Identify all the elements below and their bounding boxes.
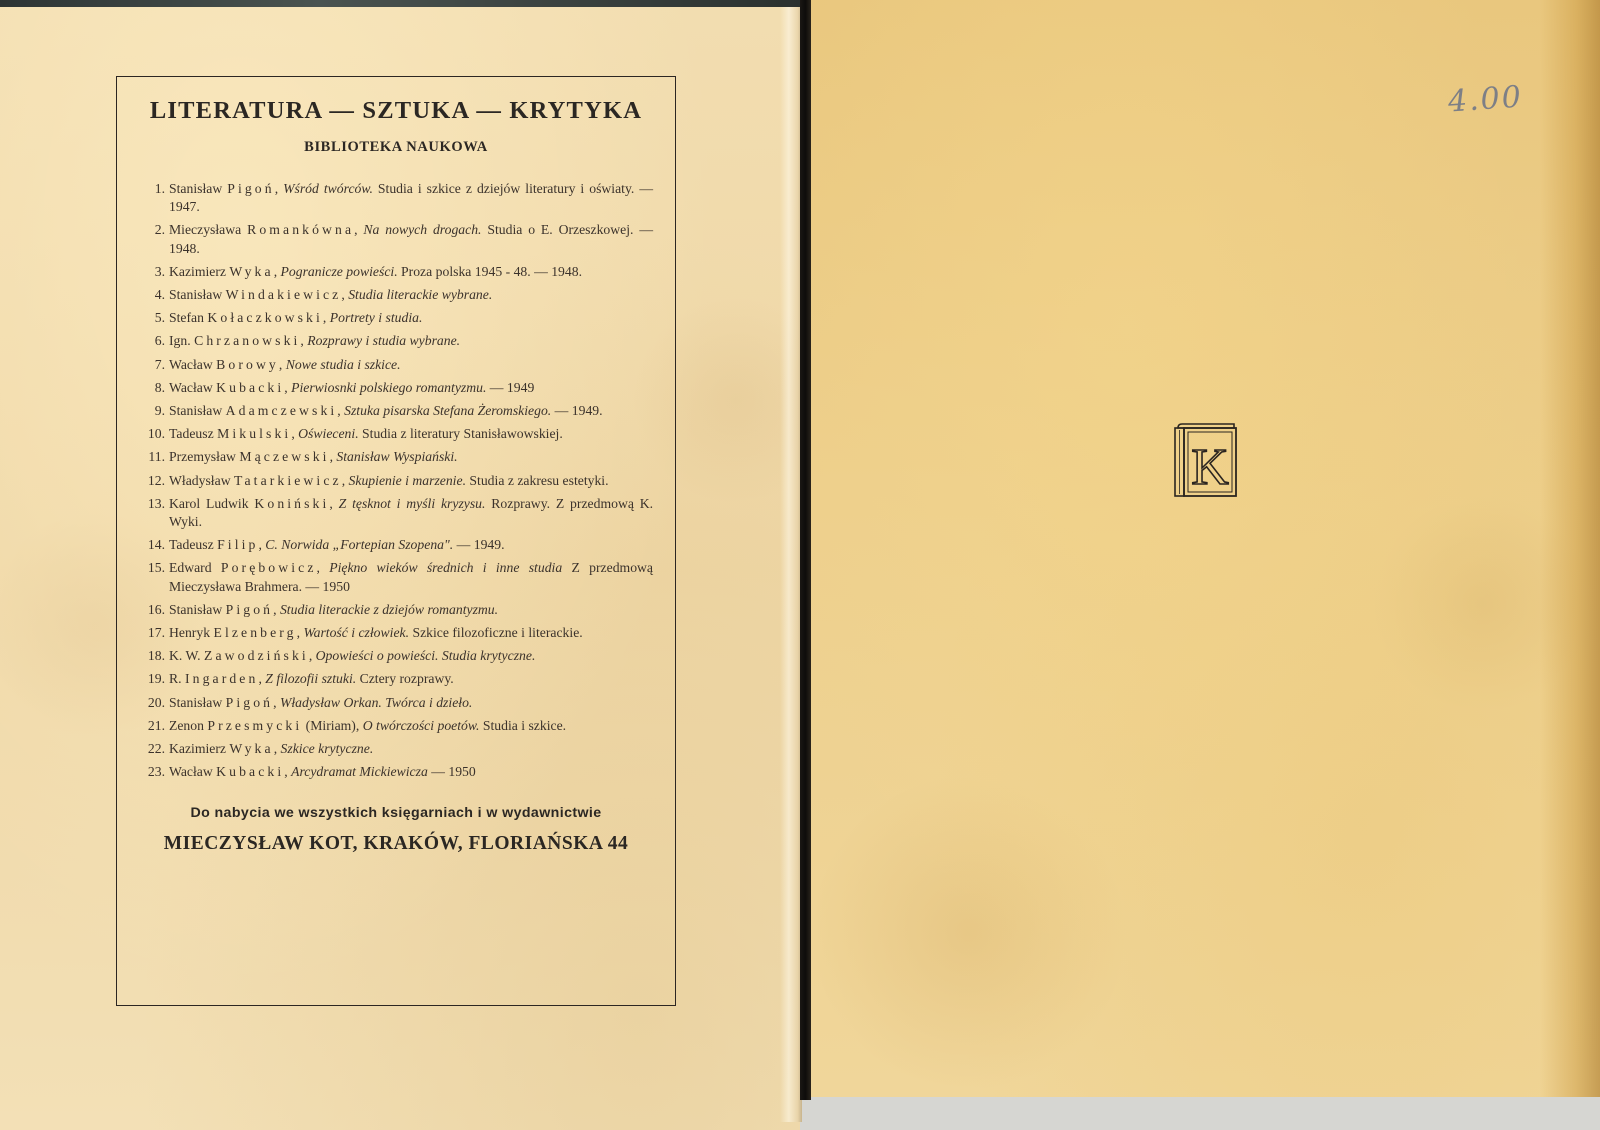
author-first-name: Stanisław	[169, 403, 222, 418]
book-details: Studia z zakresu estetyki.	[469, 473, 608, 488]
book-list-item: 12.Władysław Tatarkiewicz, Skupienie i m…	[143, 472, 653, 490]
book-list-item: 9.Stanisław Adamczewski, Sztuka pisarska…	[143, 402, 653, 420]
book-list-item: 4.Stanisław Windakiewicz, Studia literac…	[143, 286, 653, 304]
book-list-item: 10.Tadeusz Mikulski, Oświeceni. Studia z…	[143, 425, 653, 443]
author-first-name: Tadeusz	[169, 537, 214, 552]
author-first-name: Zenon	[169, 718, 204, 733]
author-first-name: Stanisław	[169, 602, 222, 617]
book-details: Studia i szkice.	[483, 718, 566, 733]
book-entry: Kazimierz Wyka, Pogranicze powieści. Pro…	[169, 263, 653, 281]
book-entry: Ign. Chrzanowski, Rozprawy i studia wybr…	[169, 332, 653, 350]
svg-text:K: K	[1191, 439, 1229, 496]
book-number: 11.	[143, 448, 169, 466]
book-title: Wartość i człowiek.	[303, 625, 409, 640]
author-first-name: Stanisław	[169, 287, 222, 302]
book-title: Z filozofii sztuki.	[265, 671, 356, 686]
book-details: — 1950	[431, 764, 475, 779]
book-entry: Stanisław Adamczewski, Sztuka pisarska S…	[169, 402, 653, 420]
book-list-item: 7.Wacław Borowy, Nowe studia i szkice.	[143, 356, 653, 374]
author-last-name: Borowy	[216, 357, 279, 372]
author-pseudonym: (Miriam)	[306, 718, 356, 733]
book-entry: Mieczysława Romankówna, Na nowych drogac…	[169, 221, 653, 257]
book-number: 10.	[143, 425, 169, 443]
cover-right	[811, 0, 1600, 1097]
book-entry: Kazimierz Wyka, Szkice krytyczne.	[169, 740, 653, 758]
book-number: 21.	[143, 717, 169, 735]
book-title: Arcydramat Mickiewicza	[291, 764, 428, 779]
author-first-name: Stefan	[169, 310, 204, 325]
book-details: — 1949.	[555, 403, 603, 418]
book-title: Studia literackie wybrane.	[348, 287, 492, 302]
book-list-item: 23.Wacław Kubacki, Arcydramat Mickiewicz…	[143, 763, 653, 781]
book-list-item: 17.Henryk Elzenberg, Wartość i człowiek.…	[143, 624, 653, 642]
book-details: Szkice filozoficzne i literackie.	[412, 625, 582, 640]
book-details: Cztery rozprawy.	[360, 671, 454, 686]
author-last-name: Chrzanowski	[194, 333, 300, 348]
book-entry: Stefan Kołaczkowski, Portrety i studia.	[169, 309, 653, 327]
book-entry: Tadeusz Mikulski, Oświeceni. Studia z li…	[169, 425, 653, 443]
book-list-item: 16.Stanisław Pigoń, Studia literackie z …	[143, 601, 653, 619]
publisher-address: MIECZYSŁAW KOT, KRAKÓW, FLORIAŃSKA 44	[117, 833, 675, 855]
availability-note: Do nabycia we wszystkich księgarniach i …	[117, 805, 675, 821]
author-first-name: Kazimierz	[169, 264, 226, 279]
book-number: 14.	[143, 536, 169, 554]
book-number: 12.	[143, 472, 169, 490]
author-last-name: Wyka	[229, 741, 273, 756]
book-entry: Henryk Elzenberg, Wartość i człowiek. Sz…	[169, 624, 653, 642]
author-first-name: Wacław	[169, 380, 213, 395]
book-details: Proza polska 1945 - 48. — 1948.	[401, 264, 582, 279]
publisher-book-emblem-icon: K	[1172, 422, 1238, 498]
book-title: Władysław Orkan. Twórca i dzieło.	[280, 695, 472, 710]
author-first-name: Tadeusz	[169, 426, 214, 441]
book-title: Oświeceni.	[298, 426, 358, 441]
book-entry: Władysław Tatarkiewicz, Skupienie i marz…	[169, 472, 653, 490]
author-first-name: Władysław	[169, 473, 231, 488]
book-title: Portrety i studia.	[330, 310, 423, 325]
book-number: 17.	[143, 624, 169, 642]
author-first-name: Przemysław	[169, 449, 236, 464]
book-number: 4.	[143, 286, 169, 304]
book-title: Studia literackie z dziejów romantyzmu.	[280, 602, 498, 617]
book-list-item: 8.Wacław Kubacki, Pierwiosnki polskiego …	[143, 379, 653, 397]
book-title: Pierwiosnki polskiego romantyzmu.	[291, 380, 486, 395]
book-title: Pogranicze powieści.	[281, 264, 398, 279]
book-title: Rozprawy i studia wybrane.	[307, 333, 460, 348]
book-list-item: 18.K. W. Zawodziński, Opowieści o powieś…	[143, 647, 653, 665]
author-first-name: Henryk	[169, 625, 210, 640]
author-last-name: Filip	[217, 537, 258, 552]
book-entry: Stanisław Pigoń, Studia literackie z dzi…	[169, 601, 653, 619]
book-details: Studia z literatury Stanisławowskiej.	[362, 426, 563, 441]
author-first-name: Karol Ludwik	[169, 496, 249, 511]
author-first-name: Wacław	[169, 764, 213, 779]
book-list-item: 20.Stanisław Pigoń, Władysław Orkan. Twó…	[143, 694, 653, 712]
author-first-name: Stanisław	[169, 181, 222, 196]
author-last-name: Kołaczkowski	[207, 310, 323, 325]
book-list-item: 1.Stanisław Pigoń, Wśród twórców. Studia…	[143, 180, 653, 216]
book-number: 9.	[143, 402, 169, 420]
book-number: 18.	[143, 647, 169, 665]
book-details: — 1949	[490, 380, 534, 395]
book-title: C. Norwida „Fortepian Szopena".	[265, 537, 453, 552]
publisher-ad-panel: LITERATURA — SZTUKA — KRYTYKA BIBLIOTEKA…	[116, 76, 676, 1006]
book-list-item: 2.Mieczysława Romankówna, Na nowych drog…	[143, 221, 653, 257]
book-details: — 1949.	[457, 537, 505, 552]
author-last-name: Mikulski	[217, 426, 291, 441]
book-entry: Tadeusz Filip, C. Norwida „Fortepian Szo…	[169, 536, 653, 554]
book-entry: Wacław Kubacki, Arcydramat Mickiewicza —…	[169, 763, 653, 781]
author-last-name: Zawodziński	[204, 648, 309, 663]
book-title: Stanisław Wyspiański.	[336, 449, 457, 464]
author-first-name: Edward	[169, 560, 212, 575]
book-entry: Wacław Borowy, Nowe studia i szkice.	[169, 356, 653, 374]
book-list-item: 14.Tadeusz Filip, C. Norwida „Fortepian …	[143, 536, 653, 554]
series-subtitle: BIBLIOTEKA NAUKOWA	[117, 139, 675, 156]
author-last-name: Windakiewicz	[226, 287, 342, 302]
book-list-item: 11.Przemysław Mączewski, Stanisław Wyspi…	[143, 448, 653, 466]
book-title: Opowieści o powieści. Studia krytyczne.	[316, 648, 536, 663]
book-list-item: 22.Kazimierz Wyka, Szkice krytyczne.	[143, 740, 653, 758]
author-last-name: Pigoń	[226, 695, 273, 710]
author-last-name: Romankówna	[247, 222, 354, 237]
book-title: Sztuka pisarska Stefana Żeromskiego.	[344, 403, 551, 418]
book-list-item: 6.Ign. Chrzanowski, Rozprawy i studia wy…	[143, 332, 653, 350]
book-title: Piękno wieków średnich i inne studia	[329, 560, 562, 575]
book-title: Skupienie i marzenie.	[349, 473, 466, 488]
author-last-name: Adamczewski	[226, 403, 338, 418]
book-title: Wśród twórców.	[283, 181, 373, 196]
book-entry: R. Ingarden, Z filozofii sztuki. Cztery …	[169, 670, 653, 688]
author-last-name: Pigoń	[226, 602, 273, 617]
author-first-name: Ign.	[169, 333, 191, 348]
book-entry: Przemysław Mączewski, Stanisław Wyspiańs…	[169, 448, 653, 466]
author-last-name: Mączewski	[239, 449, 329, 464]
book-entry: Zenon Przesmycki (Miriam), O twórczości …	[169, 717, 653, 735]
author-first-name: R.	[169, 671, 182, 686]
book-number: 7.	[143, 356, 169, 374]
book-list-item: 15.Edward Porębowicz, Piękno wieków śred…	[143, 559, 653, 595]
book-title: Na nowych drogach.	[363, 222, 481, 237]
book-entry: Edward Porębowicz, Piękno wieków średnic…	[169, 559, 653, 595]
author-last-name: Elzenberg	[213, 625, 296, 640]
pencil-price-note: 4.00	[1447, 79, 1524, 119]
author-last-name: Pigoń	[227, 181, 274, 196]
book-title: Z tęsknot i myśli kryzysu.	[339, 496, 486, 511]
author-first-name: Stanisław	[169, 695, 222, 710]
book-list-item: 3.Kazimierz Wyka, Pogranicze powieści. P…	[143, 263, 653, 281]
book-number: 19.	[143, 670, 169, 688]
book-list-item: 13.Karol Ludwik Koniński, Z tęsknot i my…	[143, 495, 653, 531]
author-last-name: Przesmycki	[207, 718, 302, 733]
book-number: 20.	[143, 694, 169, 712]
cover-right-spine-wear	[1540, 0, 1600, 1097]
author-last-name: Porębowicz	[221, 560, 317, 575]
author-first-name: Wacław	[169, 357, 213, 372]
book-entry: K. W. Zawodziński, Opowieści o powieści.…	[169, 647, 653, 665]
book-entry: Stanisław Windakiewicz, Studia literacki…	[169, 286, 653, 304]
book-list-item: 21.Zenon Przesmycki (Miriam), O twórczoś…	[143, 717, 653, 735]
book-entry: Stanisław Pigoń, Władysław Orkan. Twórca…	[169, 694, 653, 712]
book-number: 3.	[143, 263, 169, 281]
author-last-name: Tatarkiewicz	[234, 473, 342, 488]
book-number: 5.	[143, 309, 169, 327]
book-number: 15.	[143, 559, 169, 595]
book-number: 16.	[143, 601, 169, 619]
book-number: 8.	[143, 379, 169, 397]
series-title: LITERATURA — SZTUKA — KRYTYKA	[117, 97, 675, 125]
book-list-item: 19.R. Ingarden, Z filozofii sztuki. Czte…	[143, 670, 653, 688]
book-list: 1.Stanisław Pigoń, Wśród twórców. Studia…	[117, 180, 675, 781]
book-title: O twórczości poetów.	[363, 718, 480, 733]
author-last-name: Kubacki	[216, 380, 284, 395]
book-number: 1.	[143, 180, 169, 216]
book-number: 23.	[143, 763, 169, 781]
book-number: 6.	[143, 332, 169, 350]
book-entry: Stanisław Pigoń, Wśród twórców. Studia i…	[169, 180, 653, 216]
author-first-name: Mieczysława	[169, 222, 241, 237]
cover-left-worn-edge	[780, 7, 802, 1122]
author-last-name: Wyka	[229, 264, 273, 279]
author-last-name: Kubacki	[216, 764, 284, 779]
binding-gutter	[800, 0, 811, 1100]
book-number: 13.	[143, 495, 169, 531]
author-last-name: Koniński	[254, 496, 329, 511]
book-title: Nowe studia i szkice.	[286, 357, 401, 372]
author-first-name: Kazimierz	[169, 741, 226, 756]
book-title: Szkice krytyczne.	[281, 741, 374, 756]
book-list-item: 5.Stefan Kołaczkowski, Portrety i studia…	[143, 309, 653, 327]
book-entry: Karol Ludwik Koniński, Z tęsknot i myśli…	[169, 495, 653, 531]
book-number: 2.	[143, 221, 169, 257]
book-number: 22.	[143, 740, 169, 758]
author-first-name: K. W.	[169, 648, 201, 663]
book-entry: Wacław Kubacki, Pierwiosnki polskiego ro…	[169, 379, 653, 397]
author-last-name: Ingarden	[185, 671, 258, 686]
